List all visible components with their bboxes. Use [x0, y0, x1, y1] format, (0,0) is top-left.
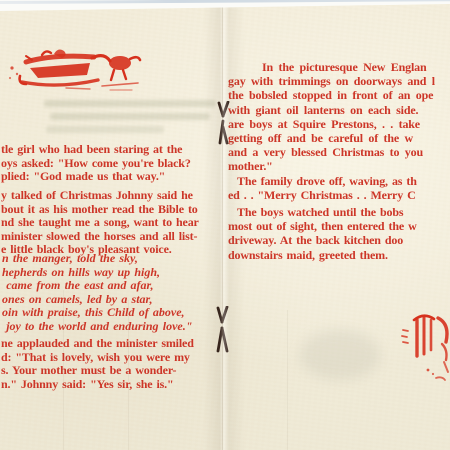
paper-crease — [287, 310, 288, 450]
right-paragraph-3: The boys watched until the bobs most out… — [228, 205, 450, 262]
paper-top-edge-highlight — [0, 0, 450, 4]
left-paragraph-4: ne applauded and the minister smiled d: … — [1, 337, 213, 391]
right-paragraph-2: The family drove off, waving, as th ed .… — [228, 174, 450, 202]
center-fold-shadow — [203, 0, 245, 450]
bobsled-sleigh-illustration — [6, 42, 144, 96]
left-paragraph-1: tle girl who had been staring at the oys… — [1, 143, 211, 184]
paper-smudge — [300, 330, 380, 380]
booklet-paper: tle girl who had been staring at the oys… — [0, 0, 450, 450]
showthrough-text-ghost — [44, 100, 216, 139]
left-verse-paragraph: n the manger, told the sky, hepherds on … — [2, 252, 219, 333]
center-fold-line — [222, 0, 223, 450]
scanned-booklet-photo: tle girl who had been staring at the oys… — [0, 0, 450, 450]
right-paragraph-1: In the picturesque New Englan gay with t… — [228, 60, 450, 174]
paper-crease — [63, 290, 64, 450]
paper-crease — [128, 300, 129, 450]
left-paragraph-2: y talked of Christmas Johnny said he bou… — [1, 189, 211, 257]
corner-red-ink-illustration — [398, 310, 450, 405]
